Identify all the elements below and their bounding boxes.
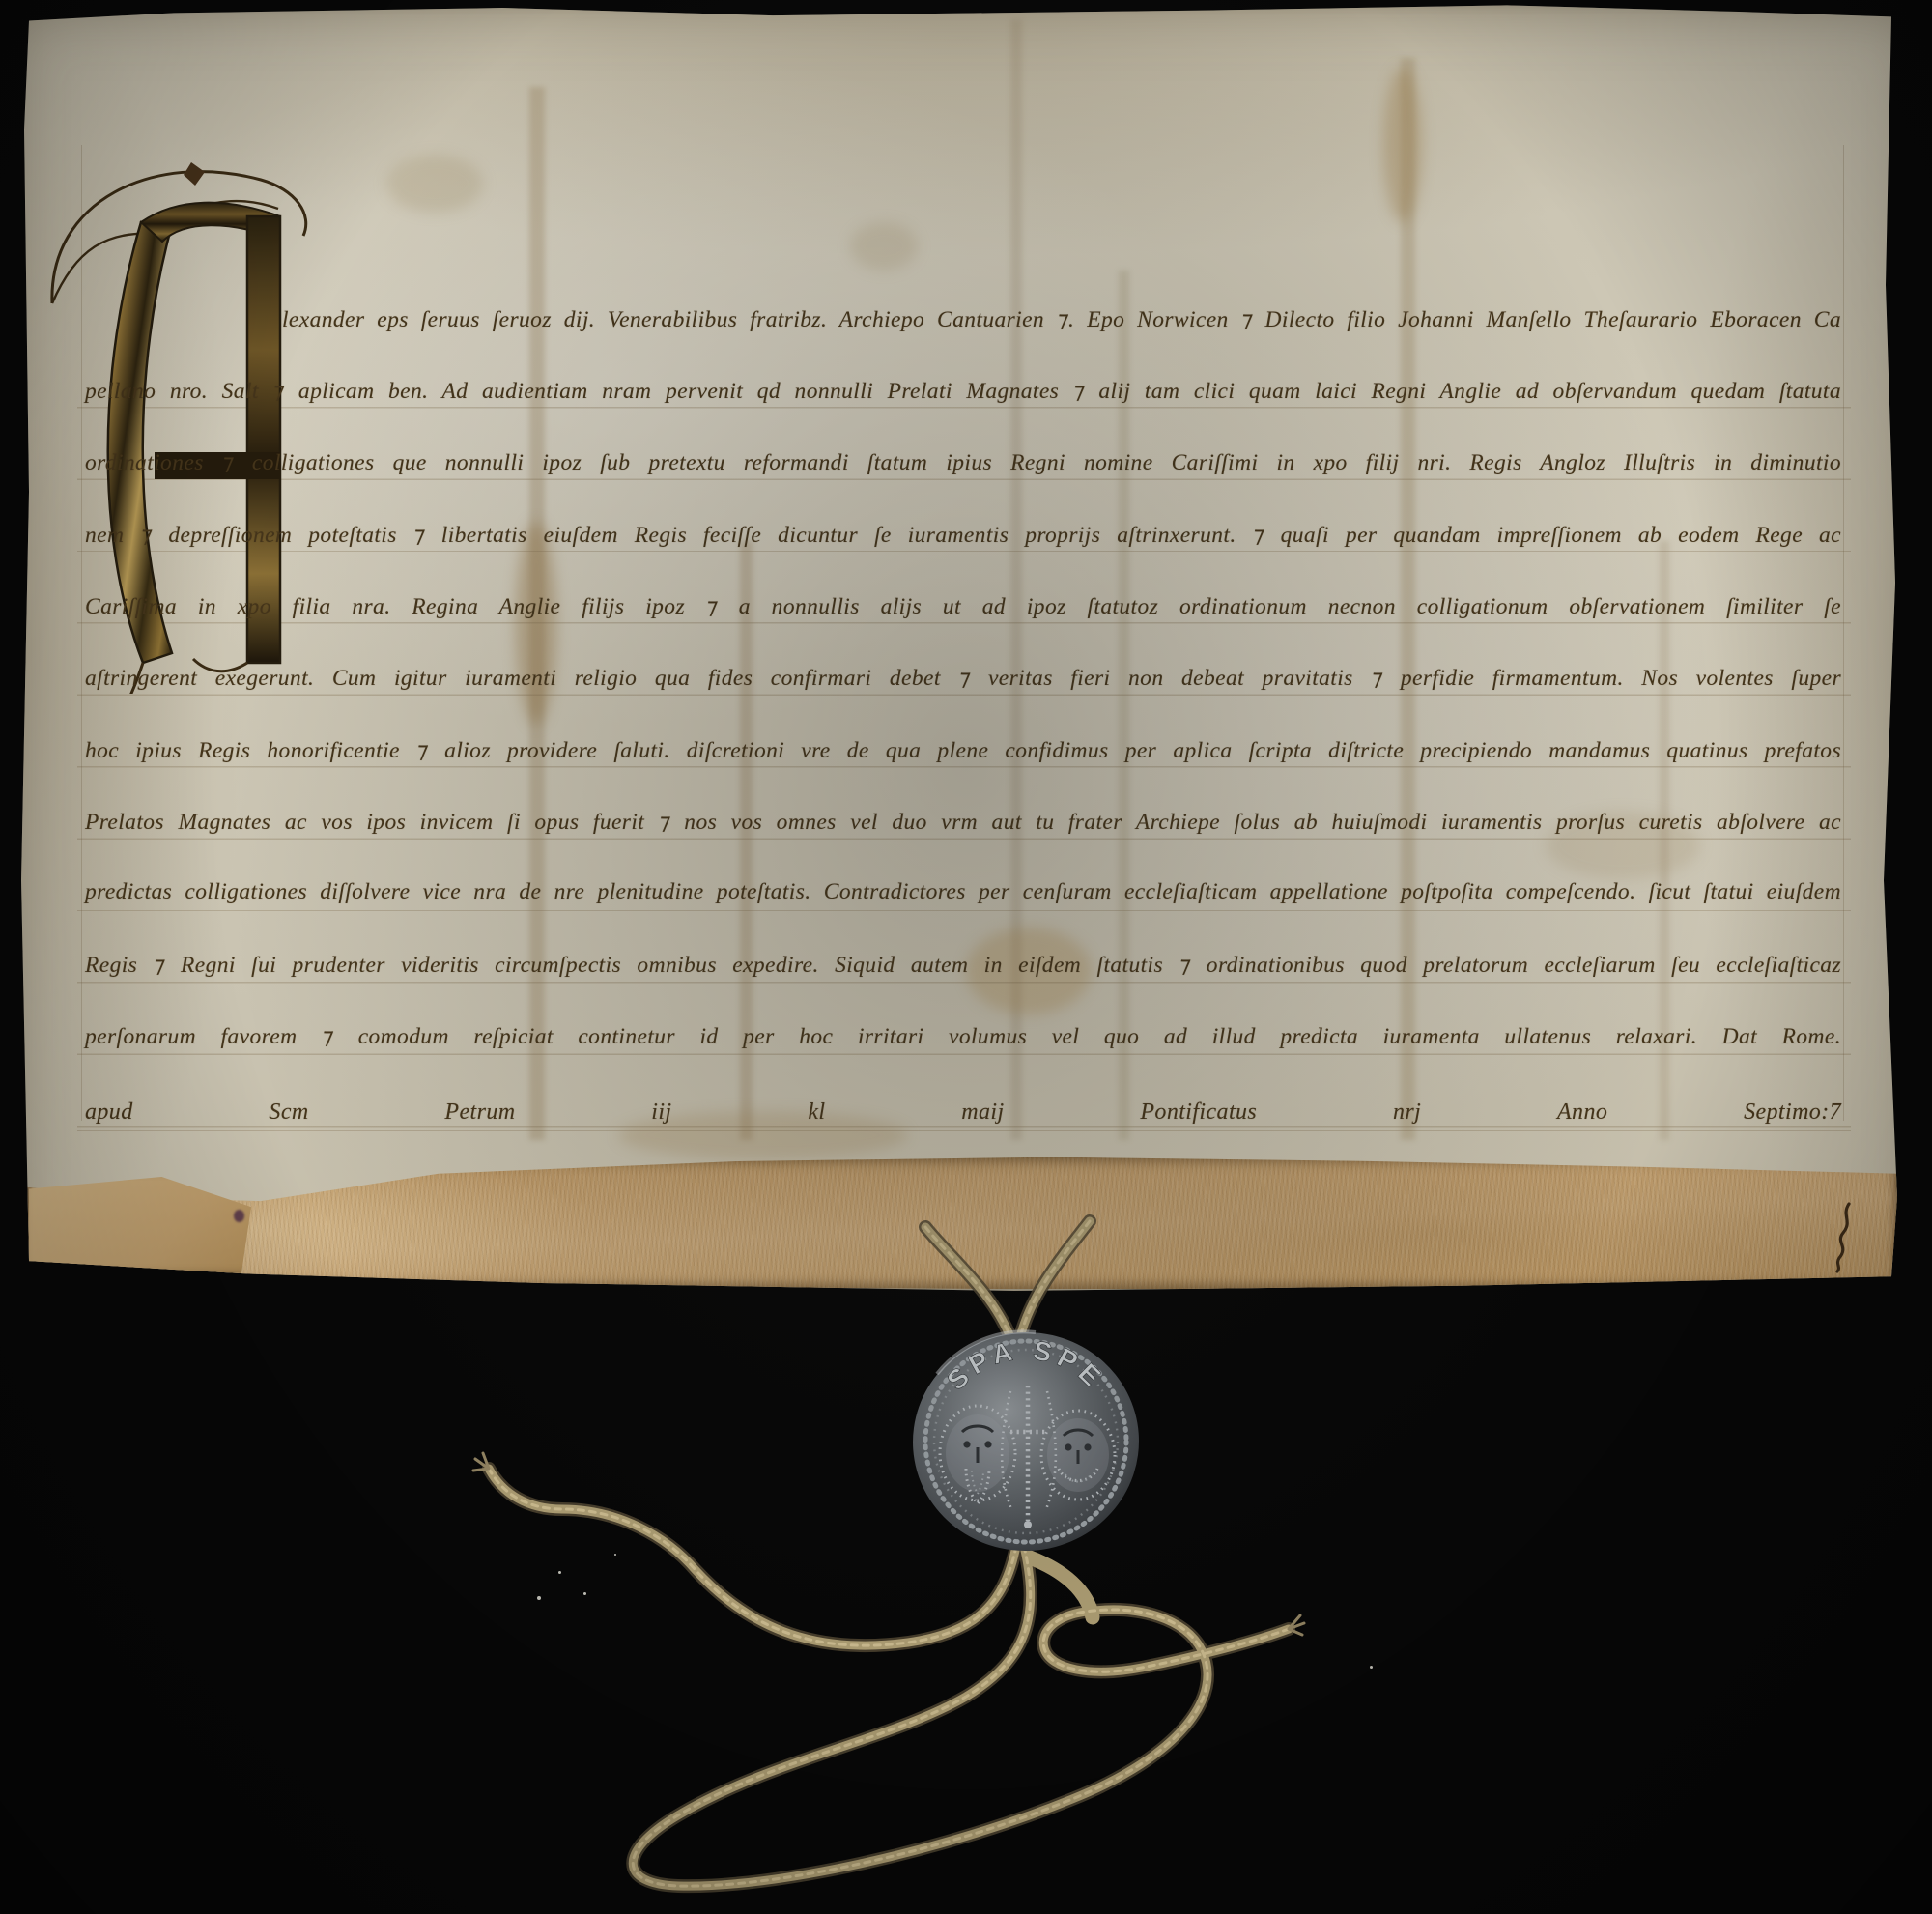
photo-canvas: { "manuscript": { "initial": "A", "lines…	[0, 0, 1932, 1914]
dust-speck	[537, 1596, 541, 1600]
dust-speck	[1370, 1666, 1373, 1669]
seal-cord	[0, 0, 1932, 1914]
papal-bulla-seal: SPA SPE	[895, 1312, 1156, 1571]
dust-speck	[614, 1554, 616, 1556]
dust-speck	[558, 1571, 561, 1574]
dust-speck	[583, 1592, 586, 1595]
